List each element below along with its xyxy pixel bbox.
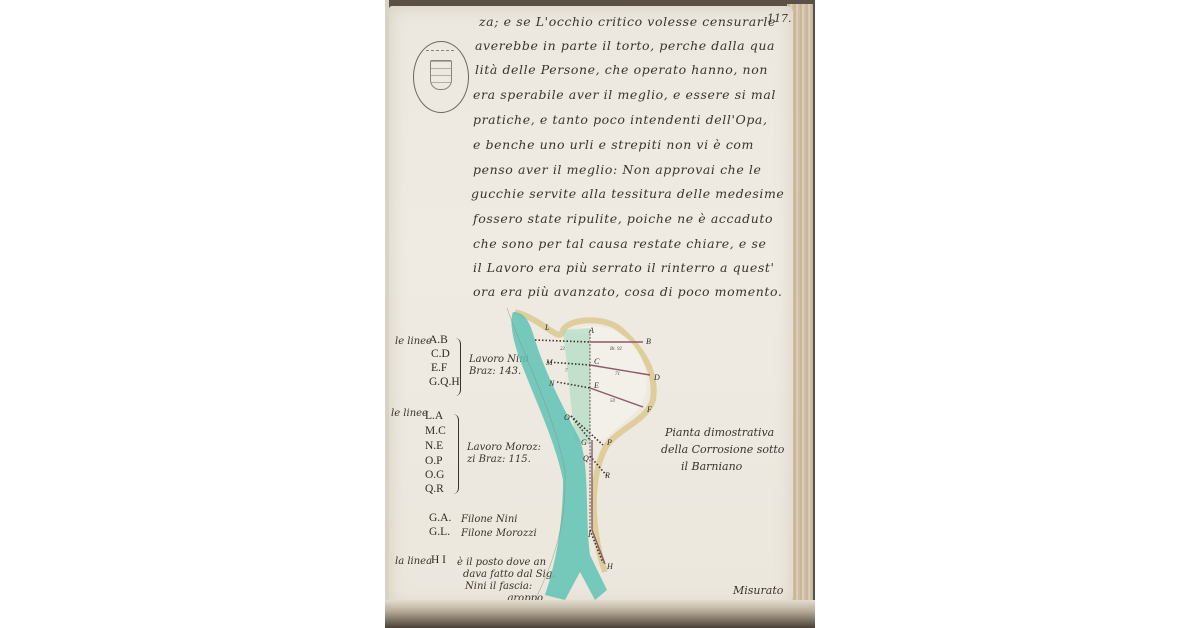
- svg-text:M: M: [545, 358, 554, 367]
- svg-text:50: 50: [610, 399, 616, 404]
- corrosion-plan-diagram: L A B M C D N E F O G P Q R I H Br. 92 7…: [385, 0, 815, 628]
- svg-text:H: H: [606, 562, 614, 571]
- svg-text:O: O: [564, 413, 570, 422]
- svg-text:G: G: [581, 438, 587, 447]
- svg-text:Br. 92: Br. 92: [610, 347, 622, 352]
- svg-text:D: D: [653, 373, 660, 382]
- svg-text:B: B: [646, 337, 651, 346]
- svg-text:R: R: [604, 471, 610, 480]
- svg-text:A: A: [588, 326, 594, 335]
- svg-text:C: C: [594, 357, 600, 366]
- svg-text:22: 22: [560, 347, 566, 352]
- page-bottom-edge: [385, 600, 815, 628]
- svg-text:Q: Q: [583, 454, 589, 463]
- manuscript-scan: 117. za; e se L'occhio critico volesse c…: [385, 0, 815, 628]
- svg-text:E: E: [593, 381, 599, 390]
- svg-text:N: N: [548, 379, 555, 388]
- svg-text:I: I: [587, 530, 591, 539]
- svg-text:71: 71: [615, 372, 620, 377]
- svg-text:F: F: [646, 405, 652, 414]
- svg-text:L: L: [544, 323, 550, 332]
- svg-text:P: P: [606, 438, 612, 447]
